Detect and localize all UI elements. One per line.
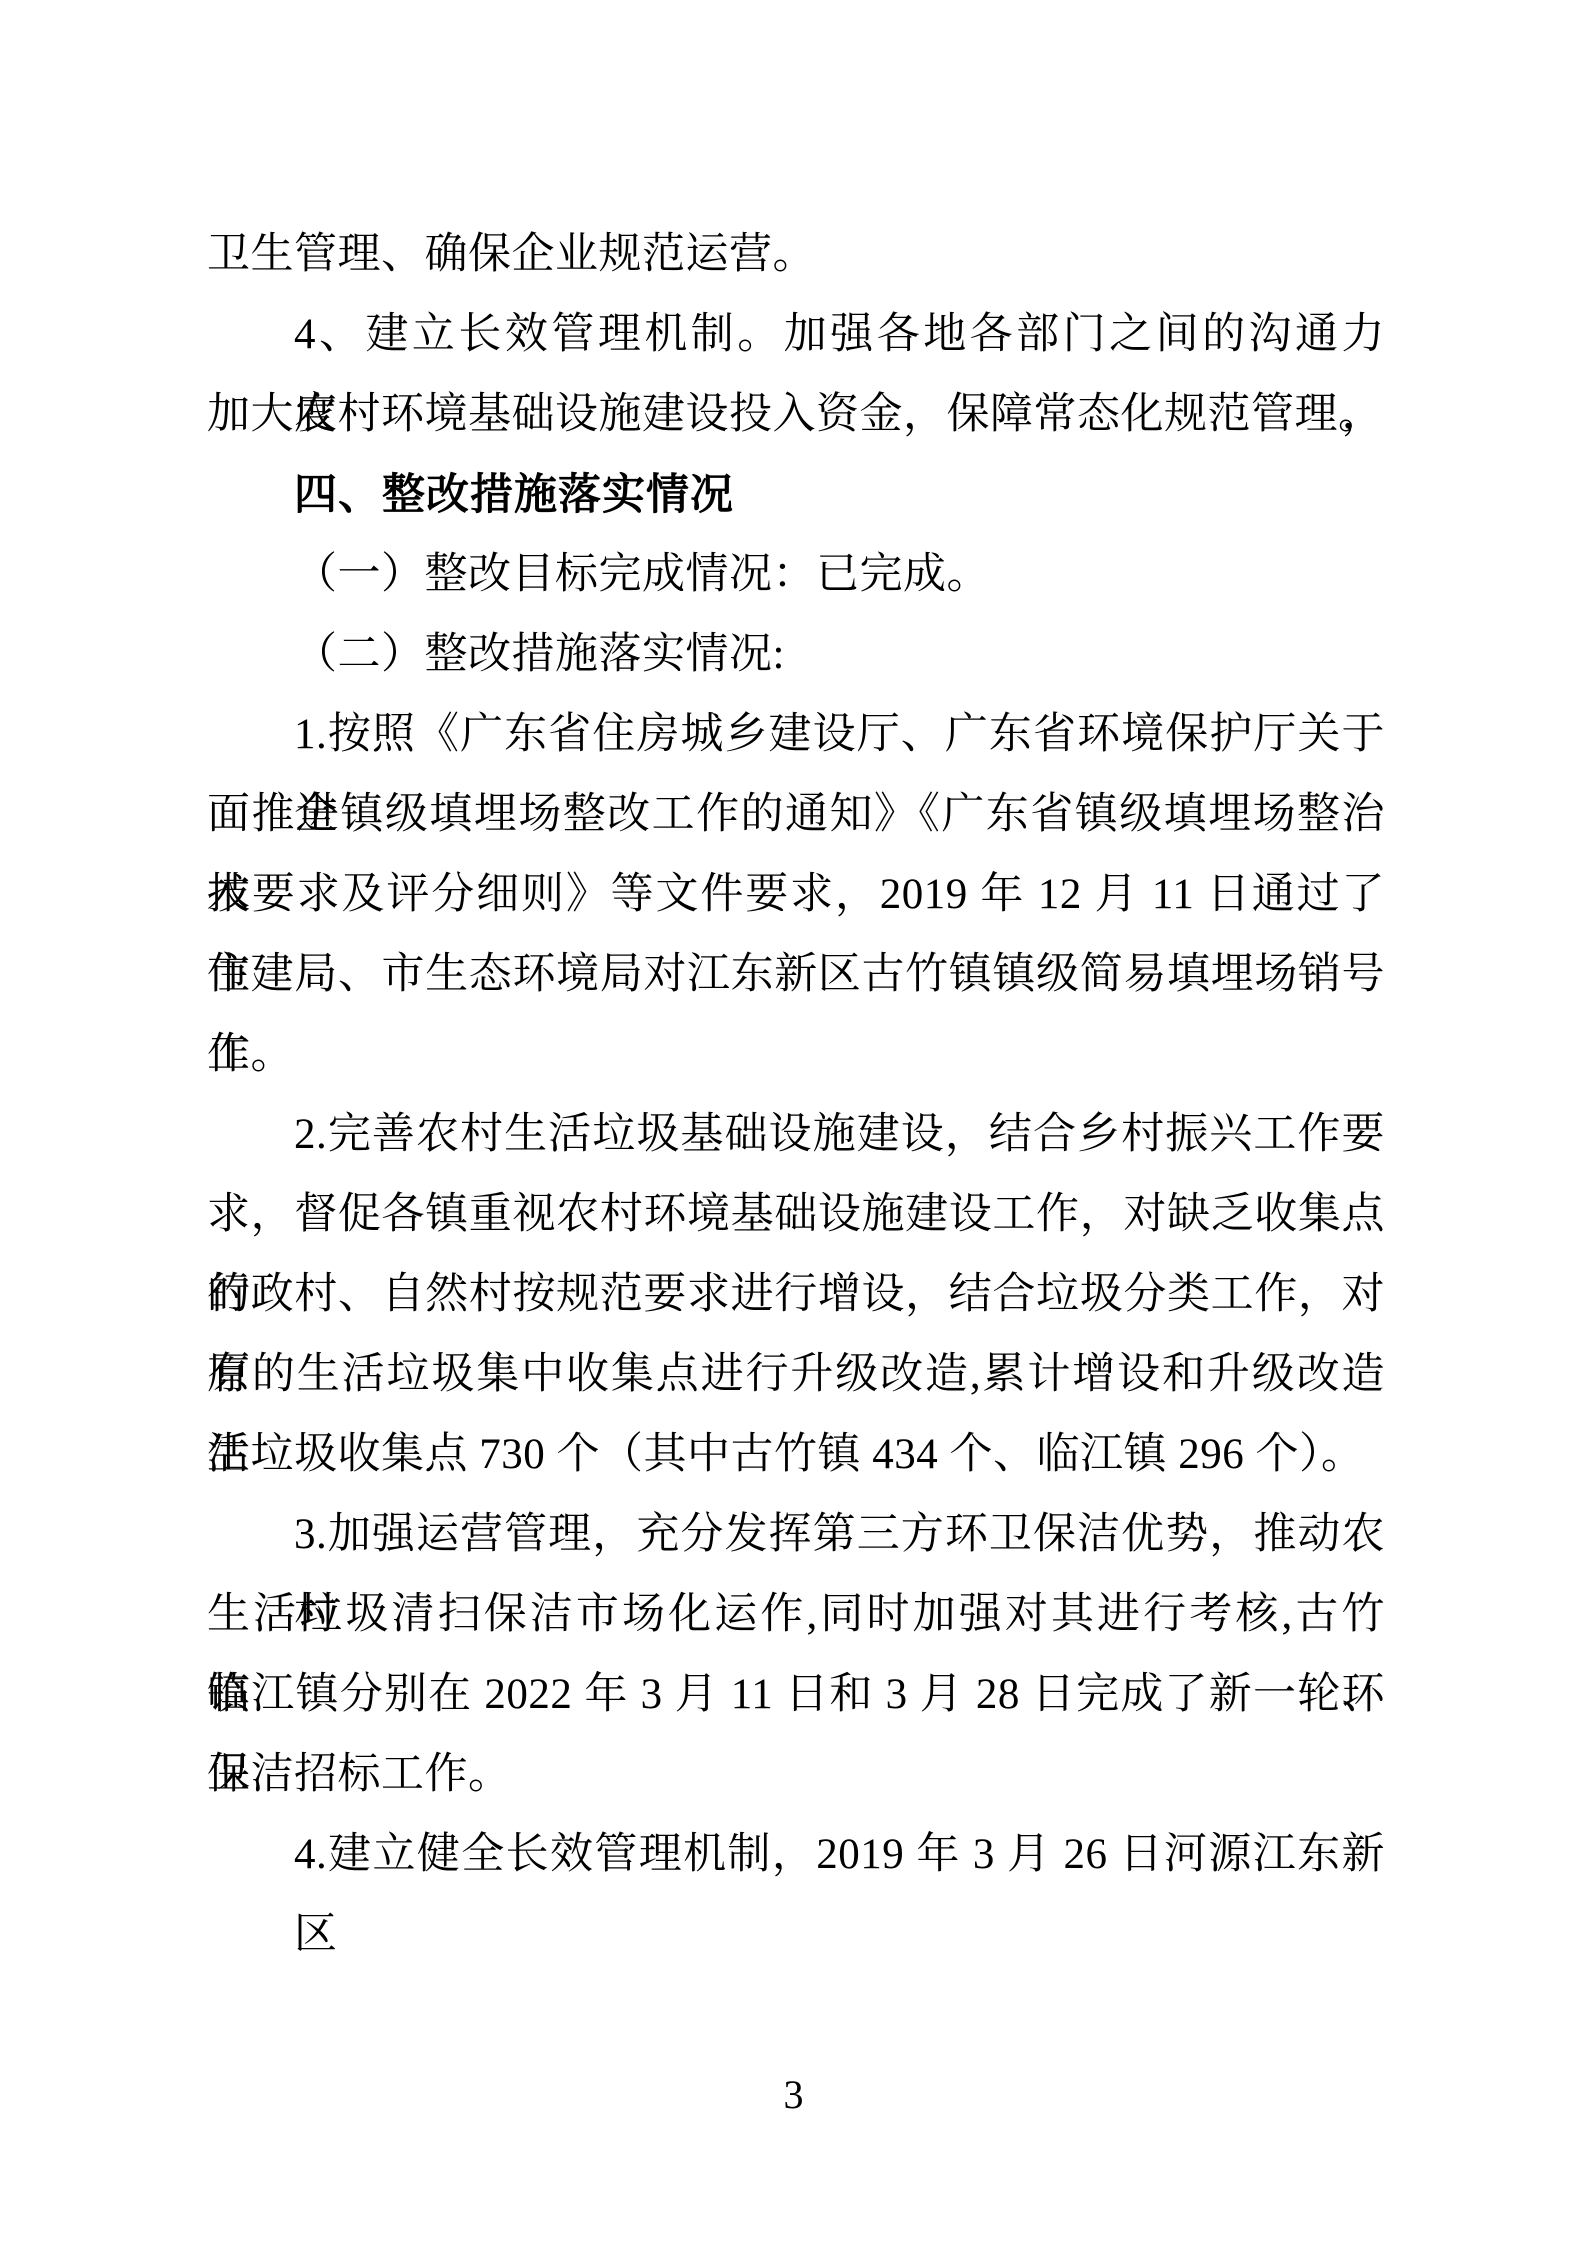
text-line: 作。 xyxy=(207,1015,1385,1095)
text-line: 有的生活垃圾集中收集点进行升级改造,累计增设和升级改造生 xyxy=(207,1335,1385,1415)
section-heading-line: 四、整改措施落实情况 xyxy=(207,455,1385,535)
paragraph: 4.建立健全长效管理机制，2019 年 3 月 26 日河源江东新区 xyxy=(207,1815,1385,1895)
document-page: 卫生管理、确保企业规范运营。4、建立长效管理机制。加强各地各部门之间的沟通力度，… xyxy=(0,0,1587,2245)
text-line: 2.完善农村生活垃圾基础设施建设，结合乡村振兴工作要 xyxy=(207,1095,1385,1175)
text-line: 4、建立长效管理机制。加强各地各部门之间的沟通力度， xyxy=(207,295,1385,375)
text-line: 住建局、市生态环境局对江东新区古竹镇镇级简易填埋场销号工 xyxy=(207,935,1385,1015)
text-line: 生活垃圾清扫保洁市场化运作,同时加强对其进行考核,古竹镇、 xyxy=(207,1575,1385,1655)
page-number: 3 xyxy=(0,2072,1587,2118)
text-line: 临江镇分别在 2022 年 3 月 11 日和 3 月 28 日完成了新一轮环卫 xyxy=(207,1655,1385,1735)
text-line: （一）整改目标完成情况：已完成。 xyxy=(207,535,1385,615)
text-block: 卫生管理、确保企业规范运营。4、建立长效管理机制。加强各地各部门之间的沟通力度，… xyxy=(207,215,1385,1895)
text-line: 面推进镇级填埋场整改工作的通知》《广东省镇级填埋场整治技 xyxy=(207,775,1385,855)
text-line: 加大农村环境基础设施建设投入资金，保障常态化规范管理。 xyxy=(207,375,1385,455)
text-line: 保洁招标工作。 xyxy=(207,1735,1385,1815)
text-line: 卫生管理、确保企业规范运营。 xyxy=(207,215,1385,295)
paragraph: 卫生管理、确保企业规范运营。 xyxy=(207,215,1385,295)
text-line: 4.建立健全长效管理机制，2019 年 3 月 26 日河源江东新区 xyxy=(207,1815,1385,1895)
paragraph: （一）整改目标完成情况：已完成。 xyxy=(207,535,1385,615)
text-line: 求，督促各镇重视农村环境基础设施建设工作，对缺乏收集点的 xyxy=(207,1175,1385,1255)
section-heading: 四、整改措施落实情况 xyxy=(207,455,1385,535)
text-line: 术要求及评分细则》等文件要求，2019 年 12 月 11 日通过了市 xyxy=(207,855,1385,935)
paragraph: （二）整改措施落实情况: xyxy=(207,615,1385,695)
paragraph: 1.按照《广东省住房城乡建设厅、广东省环境保护厅关于全面推进镇级填埋场整改工作的… xyxy=(207,695,1385,1095)
text-line: 活垃圾收集点 730 个（其中古竹镇 434 个、临江镇 296 个）。 xyxy=(207,1415,1385,1495)
paragraph: 4、建立长效管理机制。加强各地各部门之间的沟通力度，加大农村环境基础设施建设投入… xyxy=(207,295,1385,455)
text-line: 1.按照《广东省住房城乡建设厅、广东省环境保护厅关于全 xyxy=(207,695,1385,775)
text-line: 行政村、自然村按规范要求进行增设，结合垃圾分类工作，对原 xyxy=(207,1255,1385,1335)
text-line: （二）整改措施落实情况: xyxy=(207,615,1385,695)
paragraph: 2.完善农村生活垃圾基础设施建设，结合乡村振兴工作要求，督促各镇重视农村环境基础… xyxy=(207,1095,1385,1495)
paragraph: 3.加强运营管理，充分发挥第三方环卫保洁优势，推动农村生活垃圾清扫保洁市场化运作… xyxy=(207,1495,1385,1815)
text-line: 3.加强运营管理，充分发挥第三方环卫保洁优势，推动农村 xyxy=(207,1495,1385,1575)
